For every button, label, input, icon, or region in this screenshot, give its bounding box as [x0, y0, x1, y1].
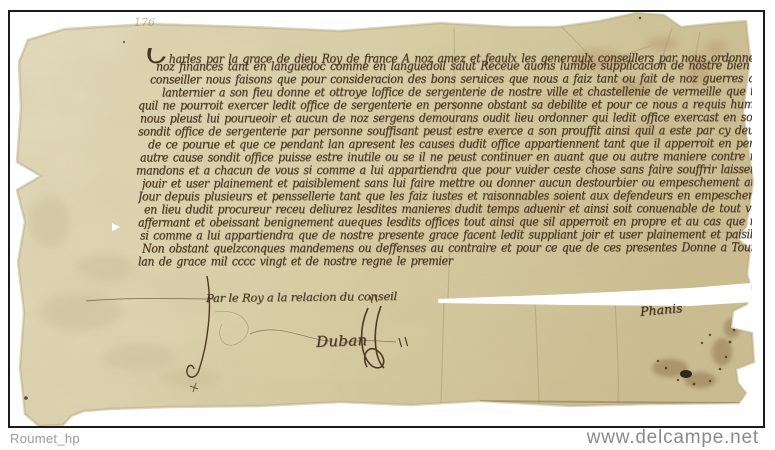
page: { "photo": { "border_color": "#1b1b1b" }… [0, 0, 775, 450]
manuscript-line: Jour depuis plusieurs et penssellerie ta… [138, 190, 752, 204]
manuscript-line: lan de grace mil cccc vingt et de nostre… [138, 255, 752, 269]
manuscript-line: si comme a lui appartiendra que de nostr… [140, 229, 752, 243]
manuscript-line: de ce pourue et que ce pendant lan apres… [148, 138, 752, 152]
manuscript-line: noz finances tant en languedoc comme en … [156, 60, 752, 74]
site-watermark: www.delcampe.net [587, 427, 759, 449]
manuscript-line: jouir et user plainement et paisiblement… [142, 177, 752, 191]
manuscript-line: nous pleust lui pourueoir et aucun de no… [140, 112, 752, 126]
photo-frame: 176 Charles par la grace de dieu Roy de … [8, 10, 765, 428]
secretary-signature: Duban [316, 331, 368, 351]
manuscript-line: quil ne pourroit exercer ledit office de… [138, 99, 752, 113]
manuscript-line: sondit office de sergenterie par personn… [138, 125, 752, 139]
manuscript-line: en lieu dudit procureur receu deliurez l… [144, 203, 752, 217]
manuscript-line: autre cause sondit office puisse estre i… [140, 151, 752, 165]
manuscript-line: affermant et obeissant benignement auequ… [138, 216, 752, 230]
chancery-subscription: Par le Roy a la relacion du conseil [206, 289, 397, 305]
manuscript-line: conseiller nous faisons que pour conside… [150, 73, 752, 87]
seller-watermark: Roumet_hp [10, 431, 80, 446]
manuscript-line: mandons et a chacun de vous si comme a l… [136, 164, 752, 178]
archival-mark: 176 [134, 16, 155, 29]
manuscript-line: Non obstant quelzconques mandemens ou de… [142, 242, 752, 256]
